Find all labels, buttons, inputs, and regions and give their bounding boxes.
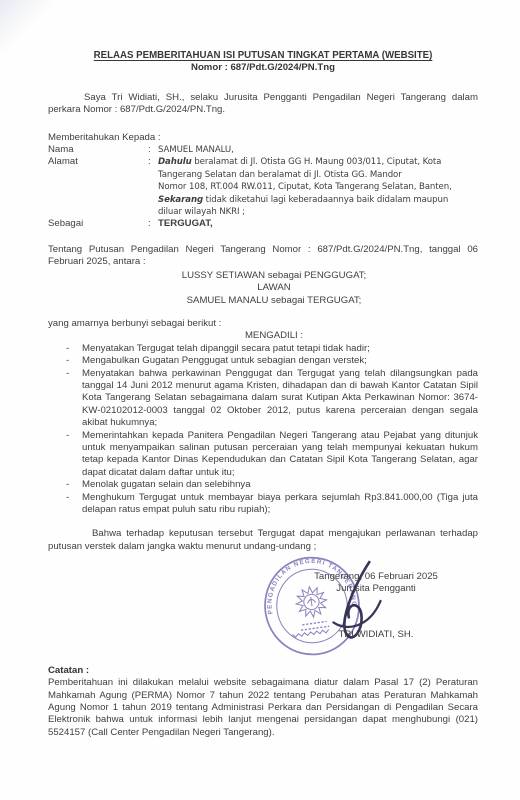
- address-line: Dahulu beralamat di Jl. Otista GG H. Mau…: [158, 157, 441, 167]
- signer-name: TRI WIDIATI, SH.: [285, 629, 467, 641]
- amar-intro: yang amarnya berbunyi sebagai berikut :: [48, 318, 478, 330]
- recipient-address-row: Alamat : Dahulu beralamat di Jl. Otista …: [48, 156, 478, 218]
- address-line: Sekarang tidak diketahui lagi keberadaan…: [158, 195, 448, 205]
- name-label: Nama: [48, 144, 148, 156]
- signature-block: PENGADILAN NEGERI TANGERANG Tangerang, 0…: [48, 563, 478, 665]
- dash-bullet: -: [48, 343, 82, 355]
- document-page: RELAAS PEMBERITAHUAN ISI PUTUSAN TINGKAT…: [0, 0, 520, 800]
- versus-line: LAWAN: [70, 282, 478, 294]
- name-value: SAMUEL MANALU,: [158, 144, 478, 156]
- dash-bullet: -: [48, 492, 82, 517]
- dash-bullet: -: [48, 430, 82, 480]
- notes-heading: Catatan :: [48, 665, 478, 677]
- verdict-heading: MENGADILI :: [48, 330, 478, 342]
- document-number: Nomor : 687/Pdt.G/2024/PN.Tng: [48, 62, 478, 74]
- appeal-paragraph: Bahwa terhadap keputusan tersebut Tergug…: [48, 528, 478, 553]
- role-label: Sebagai: [48, 218, 148, 230]
- place-date: Tangerang, 06 Februari 2025: [285, 571, 467, 583]
- document-title: RELAAS PEMBERITAHUAN ISI PUTUSAN TINGKAT…: [48, 50, 478, 62]
- signer-role: Jurusita Pengganti: [285, 583, 467, 595]
- address-line: Tangerang Selatan dan beralamat di Jl. O…: [158, 170, 402, 180]
- dash-bullet: -: [48, 479, 82, 491]
- address-value: Dahulu beralamat di Jl. Otista GG H. Mau…: [158, 156, 478, 218]
- intro-paragraph: Saya Tri Widiati, SH., selaku Jurusita P…: [48, 92, 478, 117]
- colon: :: [148, 156, 158, 218]
- notify-heading: Memberitahukan Kepada :: [48, 132, 478, 144]
- dash-bullet: -: [48, 355, 82, 367]
- address-line: Nomor 108, RT.004 RW.011, Ciputat, Kota …: [158, 182, 452, 192]
- document-content: RELAAS PEMBERITAHUAN ISI PUTUSAN TINGKAT…: [0, 0, 520, 739]
- colon: :: [148, 218, 158, 230]
- plaintiff-line: LUSSY SETIAWAN sebagai PENGGUGAT;: [70, 270, 478, 282]
- about-paragraph: Tentang Putusan Pengadilan Negeri Tanger…: [48, 244, 478, 269]
- parties-block: LUSSY SETIAWAN sebagai PENGGUGAT; LAWAN …: [48, 270, 478, 307]
- recipient-role-row: Sebagai : TERGUGAT,: [48, 218, 478, 230]
- role-value: TERGUGAT,: [158, 218, 478, 230]
- address-label: Alamat: [48, 156, 148, 218]
- verdict-item: - Menghukum Tergugat untuk membayar biay…: [48, 492, 478, 517]
- verdict-item: - Menolak gugatan selain dan selebihnya: [48, 479, 478, 491]
- verdict-item: - Menyatakan bahwa perkawinan Penggugat …: [48, 368, 478, 430]
- recipient-name-row: Nama : SAMUEL MANALU,: [48, 144, 478, 156]
- verdict-item: - Memerintahkan kepada Panitera Pengadil…: [48, 430, 478, 480]
- signature-text: Tangerang, 06 Februari 2025 Jurusita Pen…: [285, 563, 467, 663]
- verdict-item: - Menyatakan Tergugat telah dipanggil se…: [48, 343, 478, 355]
- colon: :: [148, 144, 158, 156]
- address-line: diluar wilayah NKRI ;: [158, 207, 245, 217]
- verdict-item: - Mengabulkan Gugatan Penggugat untuk se…: [48, 355, 478, 367]
- dash-bullet: -: [48, 368, 82, 430]
- defendant-line: SAMUEL MANALU sebagai TERGUGAT;: [70, 295, 478, 307]
- notes-paragraph: Pemberitahuan ini dilakukan melalui webs…: [48, 677, 478, 739]
- verdict-list: - Menyatakan Tergugat telah dipanggil se…: [48, 343, 478, 517]
